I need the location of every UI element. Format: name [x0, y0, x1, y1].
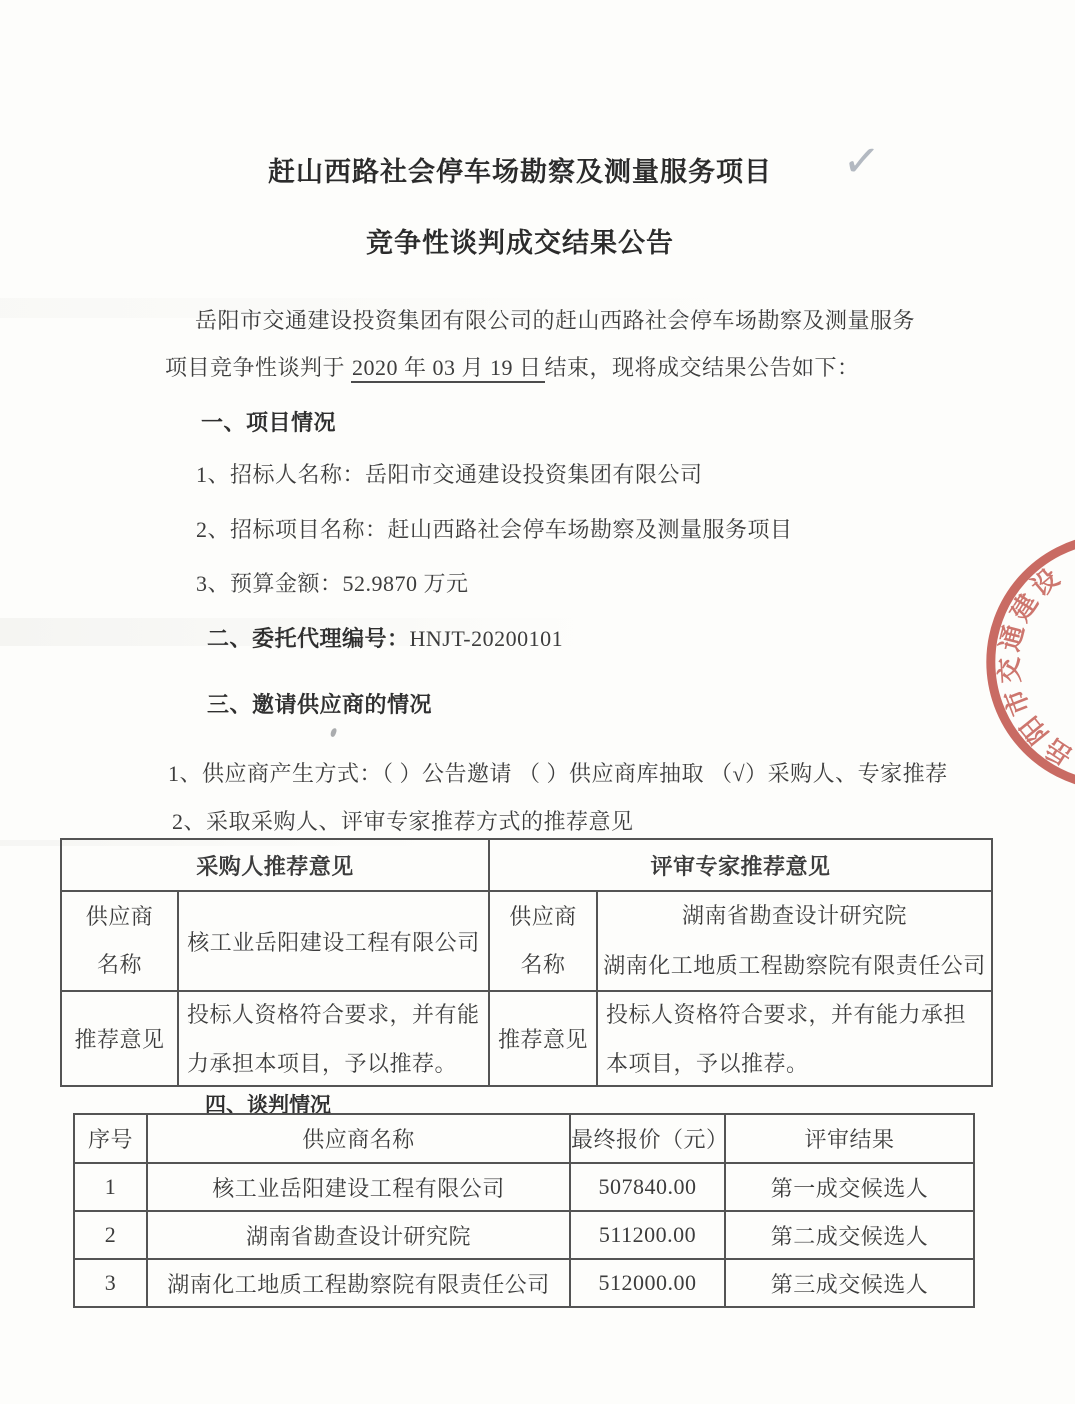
scanned-announcement-page: 赶山西路社会停车场勘察及测量服务项目 ✓ 竞争性谈判成交结果公告 岳阳市交通建设…	[0, 0, 1075, 1404]
document-title: 赶山西路社会停车场勘察及测量服务项目	[0, 150, 1040, 189]
recommendation-table: 采购人推荐意见 评审专家推荐意见 供应商 名称 核工业岳阳建设工程有限公司 供应…	[60, 838, 993, 1087]
row2-result: 第二成交候选人	[726, 1212, 975, 1260]
purchaser-opinion-label: 推荐意见	[62, 992, 179, 1087]
intro-line-1: 岳阳市交通建设投资集团有限公司的赶山西路社会停车场勘察及测量服务	[195, 304, 915, 335]
intro-line-2-suffix: 结束，现将成交结果公告如下：	[545, 355, 860, 380]
expert-opinion-label: 推荐意见	[490, 992, 598, 1087]
row2-price: 511200.00	[571, 1212, 726, 1260]
row1-price: 507840.00	[571, 1164, 726, 1212]
agency-number-label: 二、委托代理编号：	[207, 626, 410, 651]
stamp-text: 岳阳市交通建设	[994, 561, 1075, 771]
expert-supplier-value: 湖南省勘查设计研究院 湖南化工地质工程勘察院有限责任公司	[598, 892, 993, 992]
row3-price: 512000.00	[571, 1260, 726, 1308]
section-2-heading: 二、委托代理编号：HNJT-20200101	[207, 622, 563, 653]
intro-line-2: 项目竞争性谈判于 2020 年 03 月 19 日结束，现将成交结果公告如下：	[165, 351, 860, 382]
purchaser-opinion-value: 投标人资格符合要求，并有能力承担本项目，予以推荐。	[179, 992, 490, 1087]
document-subtitle: 竞争性谈判成交结果公告	[0, 221, 1040, 260]
row2-supplier: 湖南省勘查设计研究院	[148, 1212, 571, 1260]
negotiation-table: 序号 供应商名称 最终报价（元） 评审结果 1 核工业岳阳建设工程有限公司 50…	[73, 1113, 975, 1308]
purchaser-opinion-header: 采购人推荐意见	[62, 840, 490, 892]
negotiation-end-date: 2020 年 03 月 19 日	[351, 355, 545, 383]
budget-item: 3、预算金额：52.9870 万元	[196, 567, 469, 598]
row3-result: 第三成交候选人	[726, 1260, 975, 1308]
project-name-item: 2、招标项目名称：赶山西路社会停车场勘察及测量服务项目	[196, 513, 793, 544]
row2-seq: 2	[75, 1212, 148, 1260]
purchaser-supplier-value: 核工业岳阳建设工程有限公司	[179, 892, 490, 992]
row1-supplier: 核工业岳阳建设工程有限公司	[148, 1164, 571, 1212]
col-header-seq: 序号	[75, 1115, 148, 1164]
recommendation-method-item: 2、采取采购人、评审专家推荐方式的推荐意见	[172, 805, 634, 836]
row3-seq: 3	[75, 1260, 148, 1308]
expert-opinion-header: 评审专家推荐意见	[490, 840, 993, 892]
row3-supplier: 湖南化工地质工程勘察院有限责任公司	[148, 1260, 571, 1308]
expert-supplier-2: 湖南化工地质工程勘察院有限责任公司	[603, 941, 986, 991]
col-header-supplier: 供应商名称	[148, 1115, 571, 1164]
purchaser-supplier-label: 供应商 名称	[62, 892, 179, 992]
expert-opinion-value: 投标人资格符合要求，并有能力承担本项目，予以推荐。	[598, 992, 993, 1087]
supplier-method-item: 1、供应商产生方式：（ ）公告邀请 （ ）供应商库抽取 （√）采购人、专家推荐	[168, 757, 948, 788]
row1-result: 第一成交候选人	[726, 1164, 975, 1212]
section-1-heading: 一、项目情况	[201, 406, 336, 437]
section-3-heading: 三、邀请供应商的情况	[207, 688, 432, 719]
ink-speck	[330, 727, 338, 737]
expert-supplier-label: 供应商 名称	[490, 892, 598, 992]
pencil-checkmark-icon: ✓	[840, 133, 882, 190]
row1-seq: 1	[75, 1164, 148, 1212]
expert-supplier-1: 湖南省勘查设计研究院	[682, 891, 907, 941]
col-header-result: 评审结果	[726, 1115, 975, 1164]
agency-number-value: HNJT-20200101	[410, 626, 564, 651]
bidder-name-item: 1、招标人名称：岳阳市交通建设投资集团有限公司	[196, 458, 703, 489]
intro-line-2-prefix: 项目竞争性谈判于	[165, 355, 351, 380]
official-red-stamp: 岳阳市交通建设	[975, 535, 1075, 790]
col-header-price: 最终报价（元）	[571, 1115, 726, 1164]
